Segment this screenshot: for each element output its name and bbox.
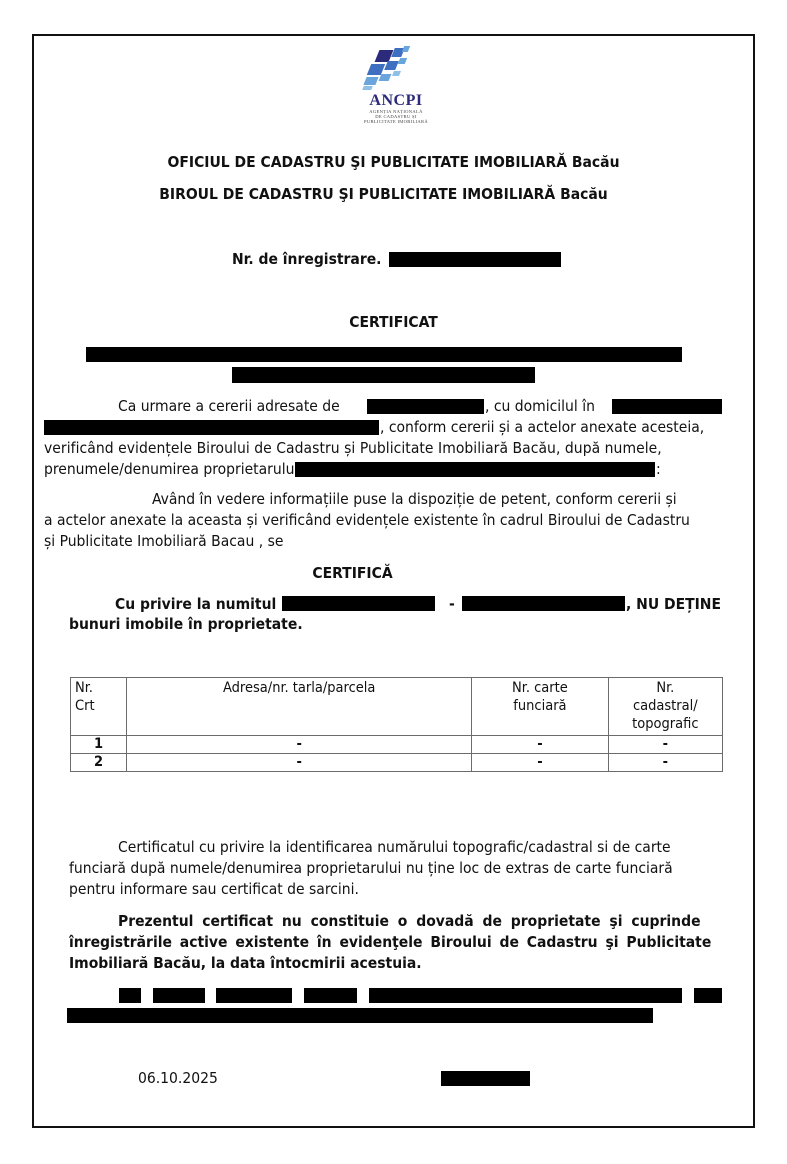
redacted-word <box>694 988 722 1003</box>
table-cell: 2 <box>71 754 127 772</box>
redacted-word <box>369 988 682 1003</box>
redacted-line <box>232 367 535 383</box>
table-header-nr-crt: Nr. Crt <box>71 678 127 736</box>
registration-label: Nr. de înregistrare. <box>232 249 381 270</box>
table-header-address: Adresa/nr. tarla/parcela <box>127 678 472 736</box>
signature-redacted <box>441 1071 530 1086</box>
properties-table: Nr. Crt Adresa/nr. tarla/parcela Nr. car… <box>70 677 723 772</box>
table-cell: - <box>127 736 472 754</box>
paragraph-text: a actelor anexate la aceasta și verificâ… <box>44 510 690 531</box>
paragraph-text: Având în vedere informațiile puse la dis… <box>152 489 677 510</box>
redacted-line <box>67 1008 653 1023</box>
logo-subtitle: AGENȚIA NAȚIONALĂ DE CADASTRU ȘI PUBLICI… <box>352 109 440 124</box>
paragraph-text: prenumele/denumirea proprietarului <box>44 459 298 480</box>
paragraph-text: Prezentul certificat nu constituie o dov… <box>118 911 701 932</box>
redacted-word <box>153 988 205 1003</box>
address-redacted <box>44 420 379 435</box>
statement-dash: - <box>449 594 455 615</box>
bureau-title: BIROUL DE CADASTRU ŞI PUBLICITATE IMOBIL… <box>0 184 767 205</box>
paragraph-text: : <box>656 459 661 480</box>
applicant-name-redacted <box>367 399 484 414</box>
table-cell: - <box>127 754 472 772</box>
logo-title: ANCPI <box>356 92 436 110</box>
paragraph-text: verificând evidențele Biroului de Cadast… <box>44 438 662 459</box>
paragraph-text: Imobiliară Bacău, la data întocmirii ace… <box>69 953 422 974</box>
office-title: OFICIUL DE CADASTRU ŞI PUBLICITATE IMOBI… <box>0 152 787 173</box>
registration-number-redacted <box>389 252 561 267</box>
issue-date: 06.10.2025 <box>138 1068 218 1089</box>
statement-text: , NU DEȚINE <box>626 594 721 615</box>
table-header-row: Nr. Crt Adresa/nr. tarla/parcela Nr. car… <box>71 678 723 736</box>
address-redacted <box>612 399 722 414</box>
certifies-heading: CERTIFICĂ <box>0 563 705 584</box>
table-cell: 1 <box>71 736 127 754</box>
table-row: 1 - - - <box>71 736 723 754</box>
table-cell: - <box>608 754 722 772</box>
paragraph-text: funciară după numele/denumirea proprieta… <box>69 858 673 879</box>
redacted-line <box>86 347 682 362</box>
statement-text: bunuri imobile în proprietate. <box>69 614 303 635</box>
logo-subtitle-line: PUBLICITATE IMOBILIARĂ <box>352 119 440 124</box>
table-row: 2 - - - <box>71 754 723 772</box>
paragraph-text: și Publicitate Imobiliară Bacau , se <box>44 531 283 552</box>
redacted-word <box>119 988 141 1003</box>
table-cell: - <box>472 754 608 772</box>
table-cell: - <box>608 736 722 754</box>
paragraph-text: Certificatul cu privire la identificarea… <box>118 837 671 858</box>
paragraph-text: pentru informare sau certificat de sarci… <box>69 879 359 900</box>
statement-text: Cu privire la numitul <box>115 594 276 615</box>
redacted-word <box>304 988 357 1003</box>
redacted-word <box>216 988 292 1003</box>
paragraph-text: înregistrările active existente în evide… <box>69 932 711 953</box>
paragraph-text: , cu domicilul în <box>485 396 595 417</box>
table-header-cadastral: Nr. cadastral/ topografic <box>608 678 722 736</box>
paragraph-text: , conform cererii și a actelor anexate a… <box>380 417 704 438</box>
owner-name-redacted <box>295 462 655 477</box>
certificate-title: CERTIFICAT <box>0 312 787 333</box>
paragraph-text: Ca urmare a cererii adresate de <box>118 396 340 417</box>
person-name-redacted <box>282 596 435 611</box>
table-cell: - <box>472 736 608 754</box>
person-id-redacted <box>462 596 625 611</box>
table-header-carte-funciara: Nr. carte funciară <box>472 678 608 736</box>
